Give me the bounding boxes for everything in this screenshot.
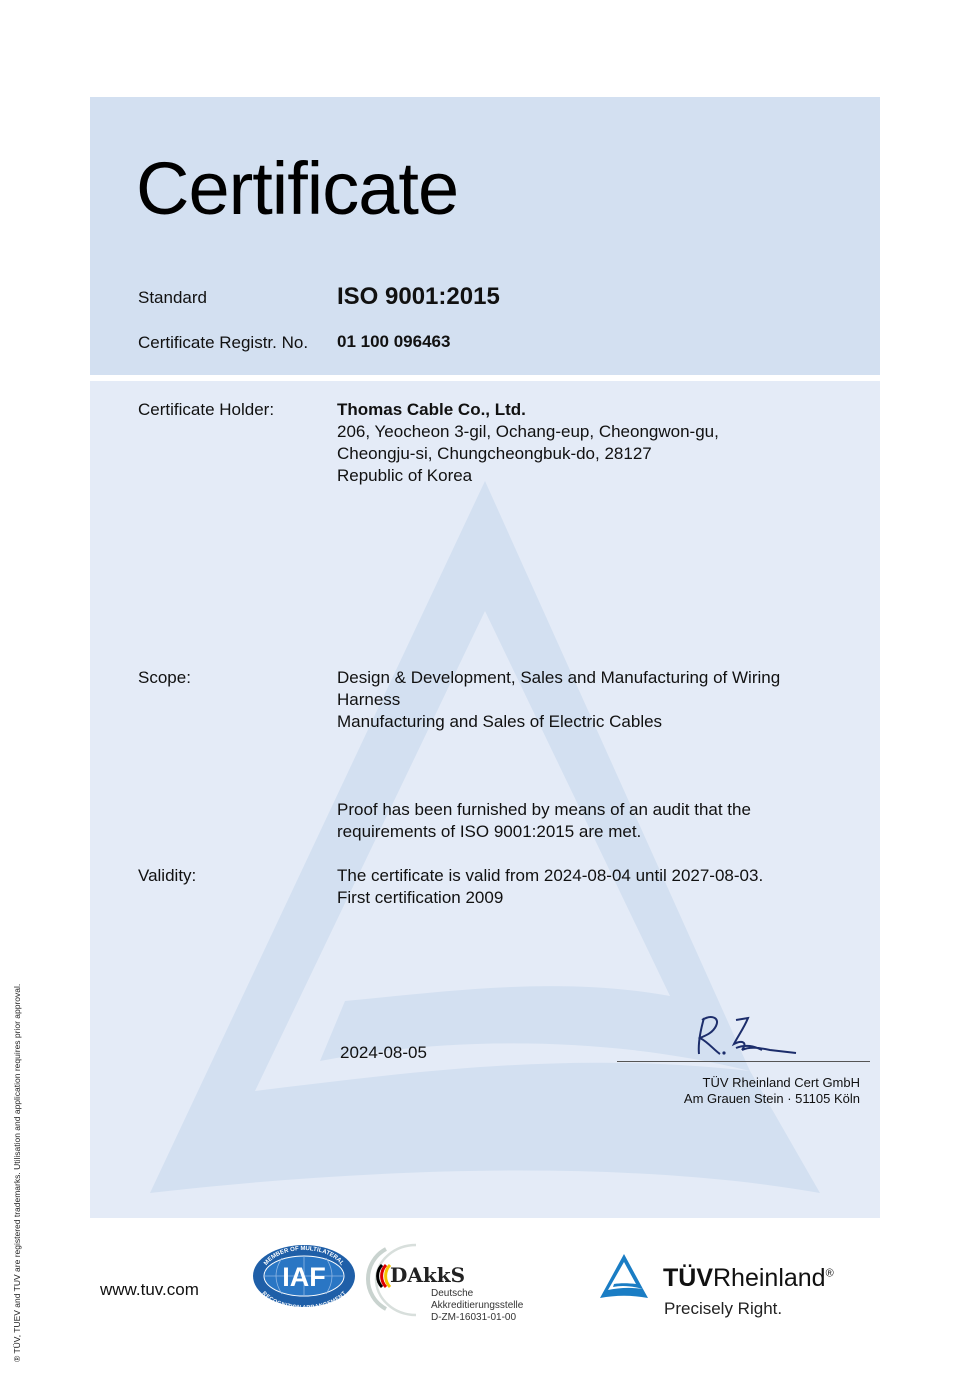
standard-value: ISO 9001:2015 [337, 286, 500, 308]
first-certification: First certification 2009 [337, 887, 763, 909]
scope-line: Manufacturing and Sales of Electric Cabl… [337, 711, 780, 733]
website-link[interactable]: www.tuv.com [100, 1280, 199, 1300]
issue-date: 2024-08-05 [340, 1043, 427, 1063]
tuv-brand-regular: Rheinland [713, 1264, 826, 1292]
audit-line: requirements of ISO 9001:2015 are met. [337, 821, 751, 843]
dakks-accreditation-number: D-ZM-16031-01-00 [431, 1312, 523, 1324]
scope-line: Design & Development, Sales and Manufact… [337, 667, 780, 689]
audit-line: Proof has been furnished by means of an … [337, 799, 751, 821]
registered-mark: ® [826, 1268, 834, 1280]
scope-label: Scope: [138, 668, 191, 688]
issuer-name: TÜV Rheinland Cert GmbH [684, 1075, 860, 1091]
signature-line [617, 1061, 870, 1062]
validity-text: The certificate is valid from 2024-08-04… [337, 865, 763, 909]
dakks-line: Akkreditierungsstelle [431, 1300, 523, 1312]
holder-address-line: 206, Yeocheon 3-gil, Ochang-eup, Cheongw… [337, 421, 719, 443]
registration-label: Certificate Registr. No. [138, 333, 308, 353]
svg-text:IAF: IAF [282, 1262, 326, 1292]
issuer-block: TÜV Rheinland Cert GmbH Am Grauen Stein … [684, 1075, 860, 1107]
validity-label: Validity: [138, 866, 196, 886]
signature-icon [690, 1012, 802, 1062]
trademark-notice: ® TÜV, TUEV and TUV are registered trade… [12, 984, 22, 1362]
certificate-title: Certificate [136, 152, 458, 226]
scope-line: Harness [337, 689, 780, 711]
holder-country: Republic of Korea [337, 465, 719, 487]
holder-block: Thomas Cable Co., Ltd. 206, Yeocheon 3-g… [337, 399, 719, 487]
tuv-slogan: Precisely Right. [664, 1299, 782, 1319]
audit-statement: Proof has been furnished by means of an … [337, 799, 751, 843]
holder-name: Thomas Cable Co., Ltd. [337, 399, 719, 421]
issuer-address: Am Grauen Stein · 51105 Köln [684, 1091, 860, 1107]
scope-text: Design & Development, Sales and Manufact… [337, 667, 780, 733]
validity-period: The certificate is valid from 2024-08-04… [337, 865, 763, 887]
standard-label: Standard [138, 288, 207, 308]
dakks-details: Deutsche Akkreditierungsstelle D-ZM-1603… [431, 1288, 523, 1324]
dakks-line: Deutsche [431, 1288, 523, 1300]
dakks-name: DAkkS [390, 1263, 465, 1287]
registration-number: 01 100 096463 [337, 331, 450, 353]
holder-address-line: Cheongju-si, Chungcheongbuk-do, 28127 [337, 443, 719, 465]
tuv-triangle-logo-icon [598, 1252, 650, 1300]
tuv-rheinland-brand: TÜVRheinland® [663, 1264, 834, 1293]
iaf-logo-icon: IAF MEMBER OF MULTILATERAL RECOGNITION A… [252, 1244, 356, 1308]
tuv-brand-bold: TÜV [663, 1264, 713, 1292]
holder-label: Certificate Holder: [138, 400, 274, 420]
